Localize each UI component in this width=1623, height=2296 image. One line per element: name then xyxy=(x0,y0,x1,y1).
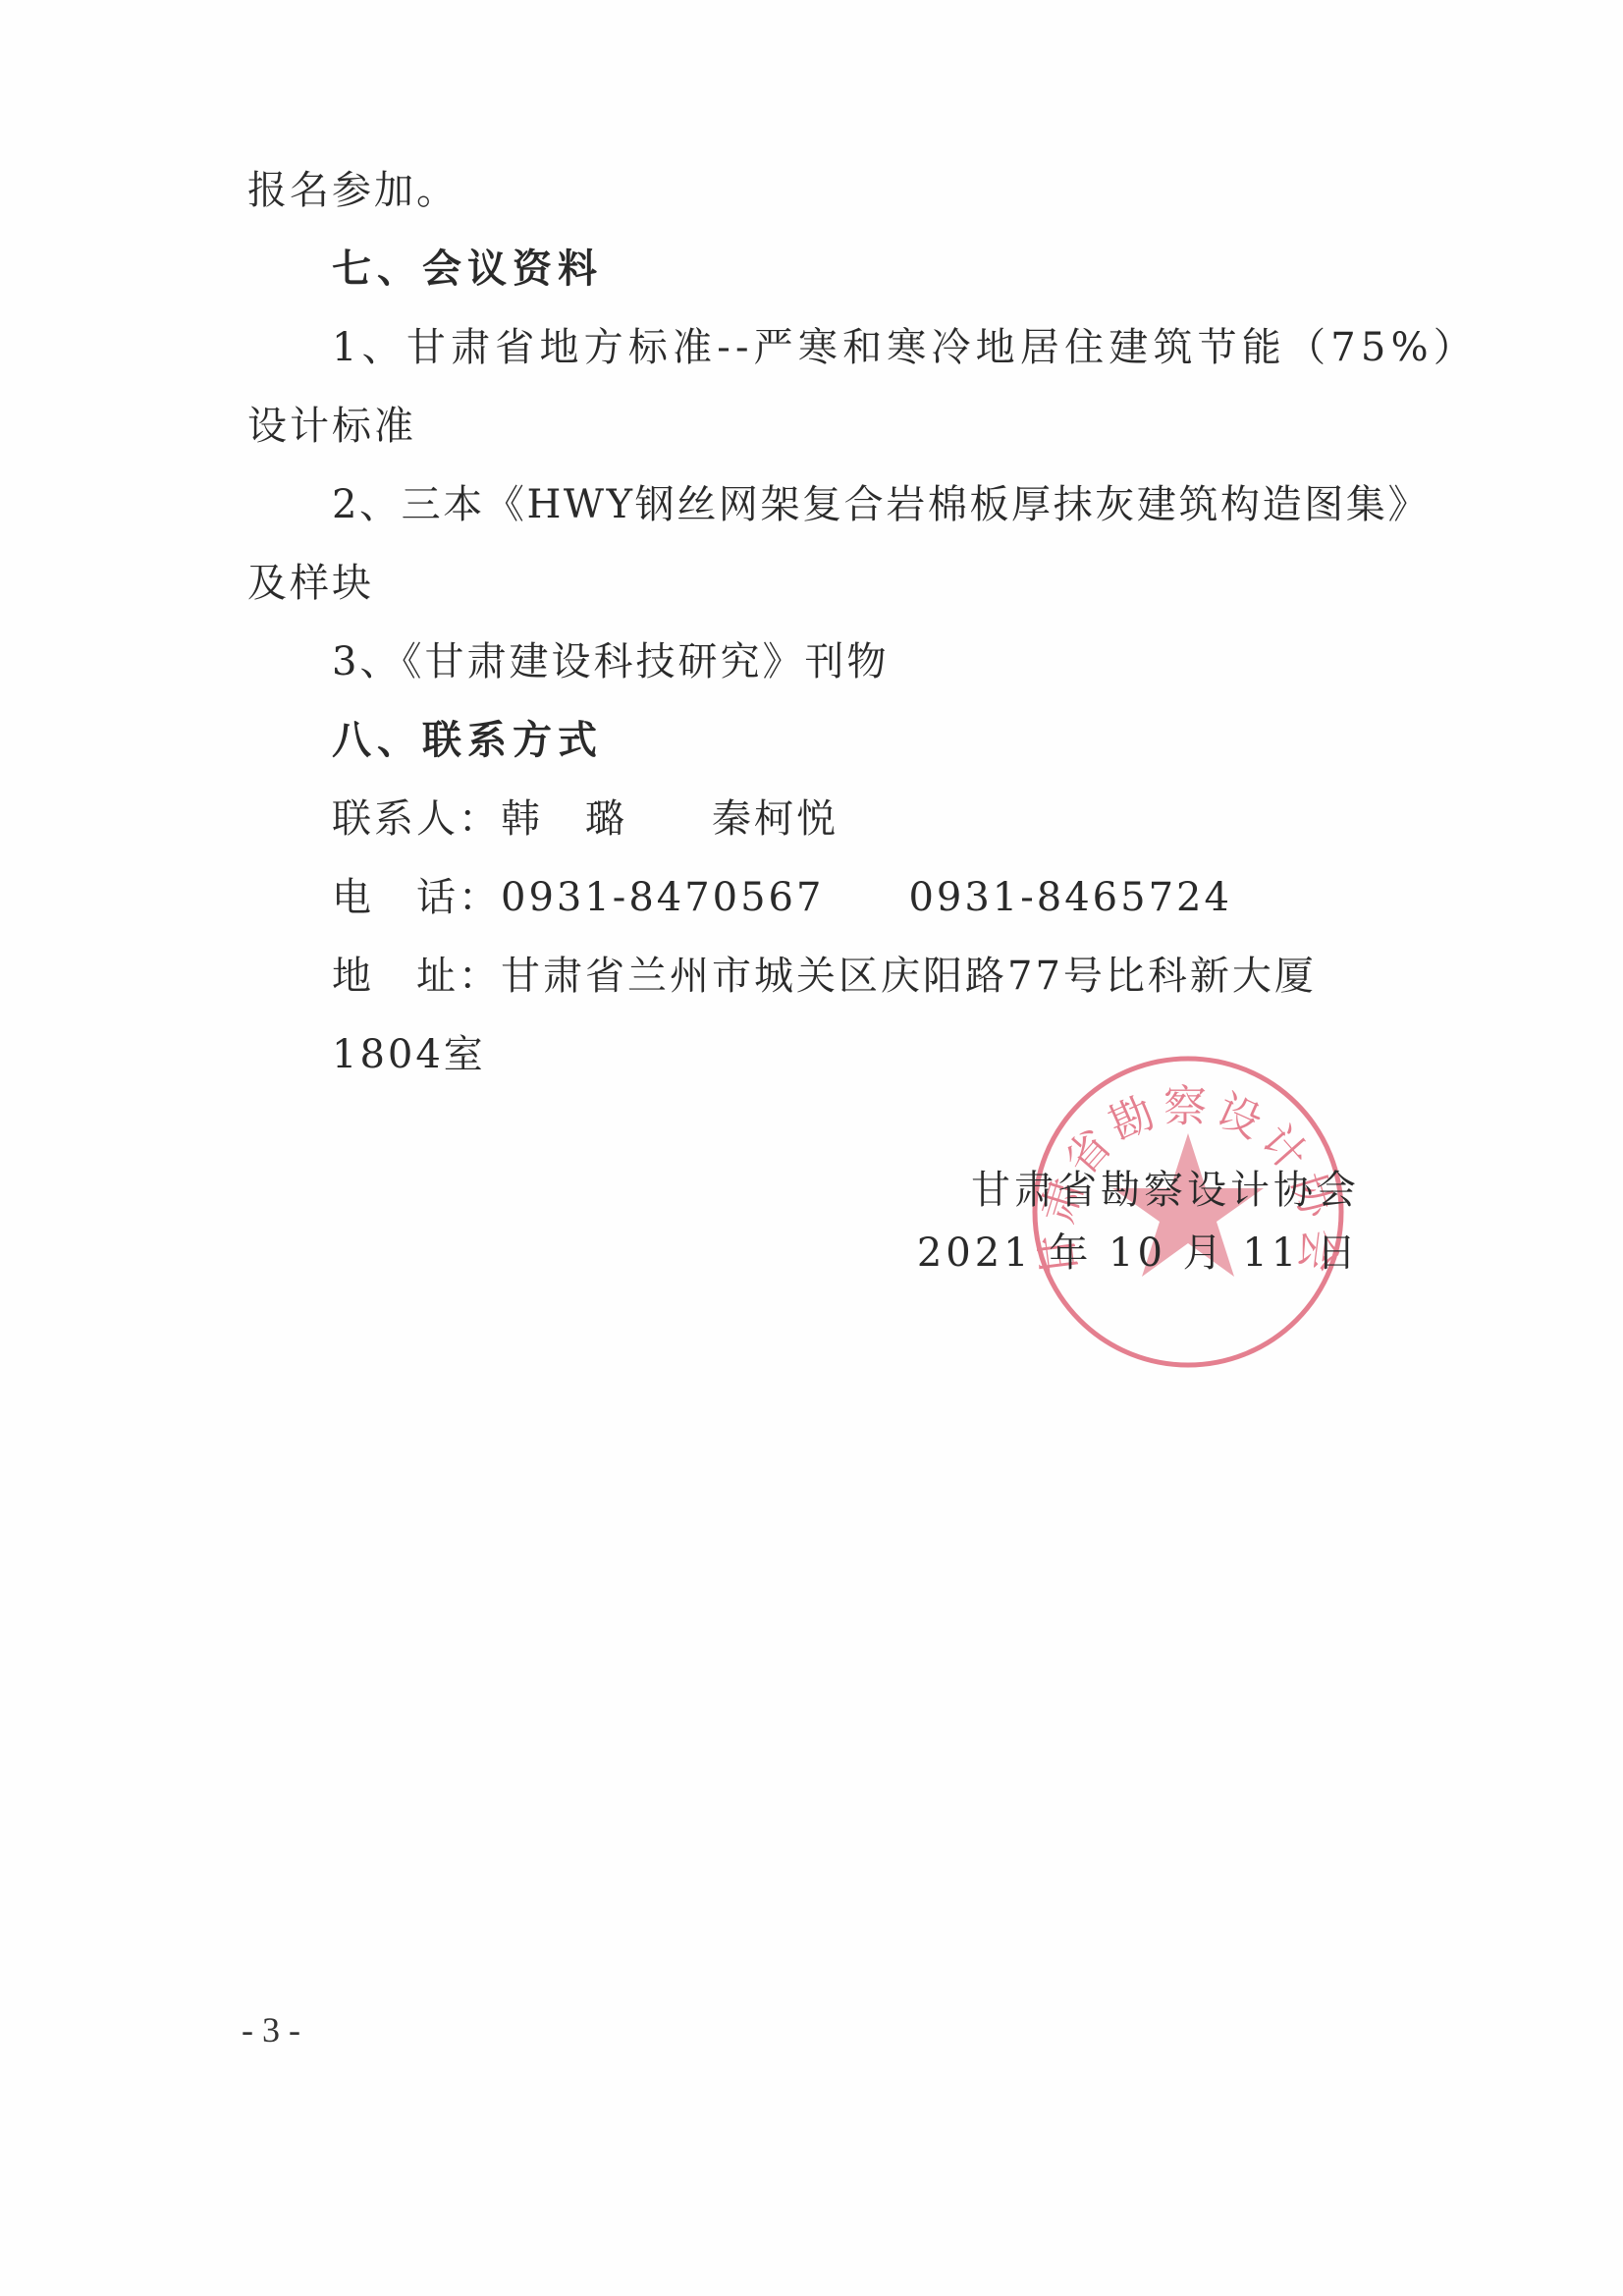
contact-address: 地 址：甘肃省兰州市城关区庆阳路77号比科新大厦 xyxy=(332,953,1317,1000)
materials-item-1-cont: 设计标准 xyxy=(247,403,416,450)
materials-item-3: 3、《甘肃建设科技研究》刊物 xyxy=(332,638,889,685)
paragraph-continuation: 报名参加。 xyxy=(247,167,459,214)
materials-item-2-cont: 及样块 xyxy=(247,560,374,607)
contact-persons: 联系人：韩 璐 秦柯悦 xyxy=(332,795,839,843)
address-value: 甘肃省兰州市城关区庆阳路77号比科新大厦 xyxy=(501,954,1317,999)
signature-organization: 甘肃省勘察设计协会 xyxy=(971,1167,1360,1214)
phone-numbers: 0931-8470567 0931-8465724 xyxy=(501,875,1232,920)
section-heading-materials: 七、会议资料 xyxy=(332,246,603,293)
contact-address-cont: 1804室 xyxy=(332,1031,486,1078)
document-page: 报名参加。 七、会议资料 1、甘肃省地方标准--严寒和寒冷地居住建筑节能（75%… xyxy=(0,0,1623,2296)
contact-phone: 电 话：0931-8470567 0931-8465724 xyxy=(332,874,1232,921)
phone-label: 电 话： xyxy=(332,875,501,920)
contact-label: 联系人： xyxy=(332,796,501,842)
address-label: 地 址： xyxy=(332,954,501,999)
signature-date: 2021 年 10 月 11 日 xyxy=(917,1230,1360,1277)
section-heading-contact: 八、联系方式 xyxy=(332,717,603,764)
materials-item-2: 2、三本《HWY钢丝网架复合岩棉板厚抹灰建筑构造图集》 xyxy=(332,481,1430,528)
materials-item-1: 1、甘肃省地方标准--严寒和寒冷地居住建筑节能（75%） xyxy=(332,324,1478,371)
contact-names: 韩 璐 秦柯悦 xyxy=(501,796,839,842)
page-number: - 3 - xyxy=(242,2009,300,2050)
